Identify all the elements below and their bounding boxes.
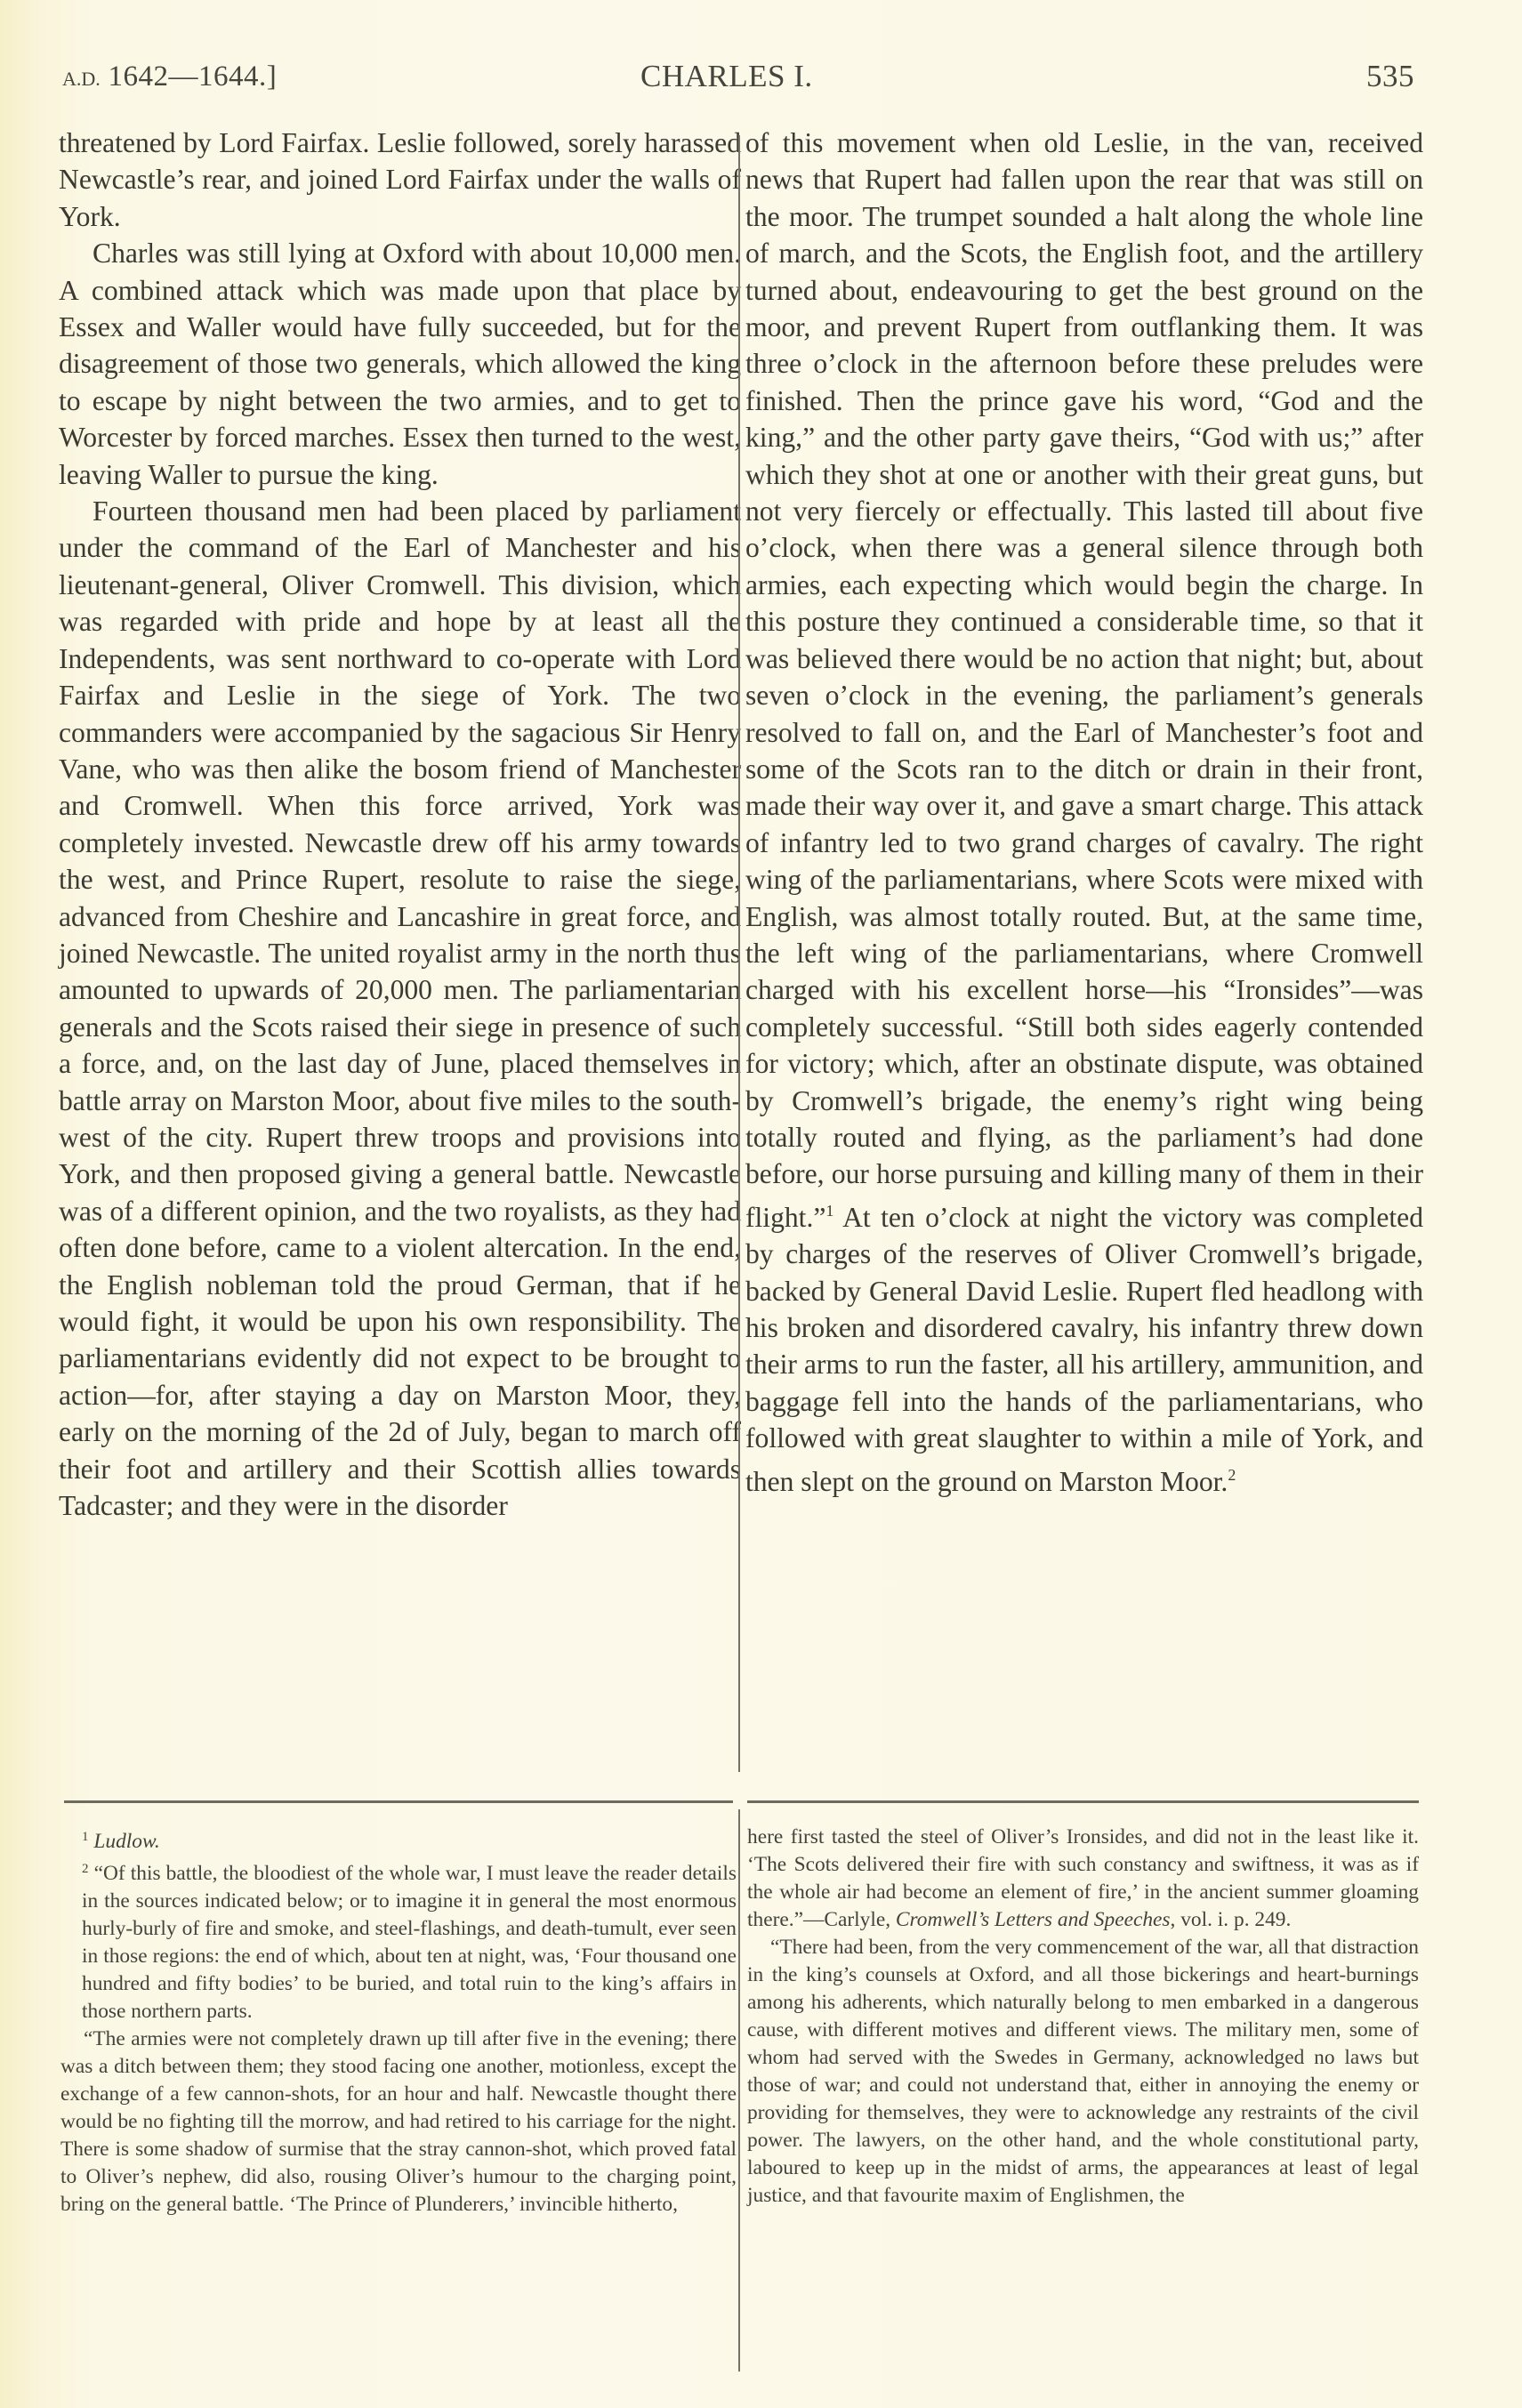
header-dates: 1642—1644.] — [109, 60, 278, 93]
footnote-continued: “There had been, from the very commencem… — [747, 1934, 1419, 2210]
footnote-marker: 1 — [82, 1830, 89, 1844]
paragraph: Fourteen thousand men had been placed by… — [59, 493, 741, 1524]
footnote-continued: “The armies were not completely drawn up… — [60, 2025, 737, 2219]
header-title: CHARLES I. — [640, 59, 813, 94]
footnote-1: 1 Ludlow. — [60, 1824, 737, 1856]
running-header: A.D. 1642—1644.] CHARLES I. 535 — [62, 55, 1414, 100]
footnote-continued: here first tasted the steel of Oliver’s … — [747, 1824, 1419, 1934]
paragraph: of this movement when old Leslie, in the… — [745, 125, 1423, 1500]
footnote-ref[interactable]: 2 — [1228, 1466, 1236, 1484]
footnote-rule-left — [64, 1800, 733, 1803]
footnote-source: Ludlow. — [93, 1830, 159, 1853]
footnote-column-divider — [738, 1809, 740, 2372]
body-column-right: of this movement when old Leslie, in the… — [745, 125, 1423, 1500]
paragraph-text: of this movement when old Leslie, in the… — [745, 127, 1423, 1233]
paragraph: threatened by Lord Fairfax. Leslie follo… — [59, 125, 741, 235]
body-column-left: threatened by Lord Fairfax. Leslie follo… — [59, 125, 741, 1524]
page-number: 535 — [1366, 59, 1414, 94]
header-ad-prefix: A.D. — [62, 68, 101, 90]
footnote-text: , vol. i. p. 249. — [1171, 1908, 1292, 1931]
footnote-marker: 2 — [82, 1862, 89, 1876]
footnote-rule-right — [747, 1800, 1419, 1803]
footnote-2: 2 “Of this battle, the bloodiest of the … — [60, 1856, 737, 2025]
footnote-citation-title: Cromwell’s Letters and Speeches — [896, 1908, 1171, 1931]
paragraph-text: At ten o’clock at night the victory was … — [745, 1202, 1423, 1497]
paragraph: Charles was still lying at Oxford with a… — [59, 235, 741, 493]
footnotes-left: 1 Ludlow. 2 “Of this battle, the bloodie… — [60, 1824, 737, 2219]
footnote-text: “Of this battle, the bloodiest of the wh… — [82, 1862, 737, 2023]
footnotes-right: here first tasted the steel of Oliver’s … — [747, 1824, 1419, 2210]
column-divider — [738, 135, 740, 1772]
header-date-range: A.D. 1642—1644.] — [62, 60, 277, 93]
